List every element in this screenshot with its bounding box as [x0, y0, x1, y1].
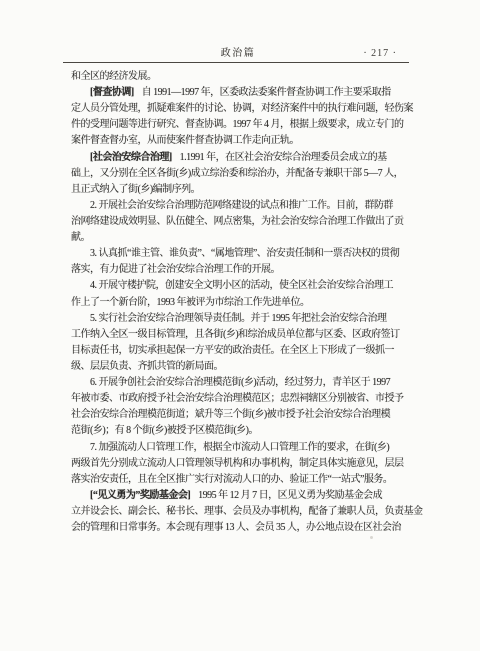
- line-text: 和全区的经济发展。: [71, 71, 157, 82]
- text-line: 案件督查督办室，从而使案件督查协调工作走向正轨。: [71, 133, 417, 149]
- text-line: 4. 开展守楼护院，创建安全文明小区的活动，使全区社会治安综合治理工: [71, 278, 417, 294]
- line-text: 立并设会长、副会长、秘书长、理事、会员及办事机构，配备了兼职人员，负责基金: [71, 506, 423, 517]
- line-text: 7. 加强流动人口管理工作，根据全市流动人口管理工作的要求，在街(乡): [90, 442, 389, 453]
- line-text: 社会治安综合治理模范街道；斌升等三个街(乡)被市授予社会治安综合治理模: [71, 409, 390, 420]
- line-text: 治网络建设成效明显、队伍健全、网点密集，为社会治安综合治理工作做出了贡: [71, 216, 404, 227]
- line-text: 5. 实行社会治安综合治理领导责任制。并于 1995 年把社会治安综合治理: [90, 313, 387, 324]
- text-line: [督查协调]自 1991—1997 年，区委政法委案件督查协调工作主要采取指: [71, 85, 417, 101]
- line-text: 1995 年 12 月 7 日，区见义勇为奖励基金会成: [198, 490, 382, 501]
- section-title: 政治篇: [66, 46, 410, 61]
- page-number: · 217 ·: [363, 46, 397, 61]
- line-text: 件的受理问题等进行研究、督查协调。1997 年 4 月，根据上级要求，成立专门的: [71, 119, 404, 130]
- text-line: [“见义勇为”奖励基金会]1995 年 12 月 7 日，区见义勇为奖励基金会成: [71, 488, 417, 504]
- line-text: 4. 开展守楼护院，创建安全文明小区的活动，使全区社会治安综合治理工: [90, 280, 393, 291]
- text-line: 立并设会长、副会长、秘书长、理事、会员及办事机构，配备了兼职人员，负责基金: [71, 504, 417, 520]
- text-line: 工作纳入全区一级目标管理，且各街(乡)和综治成员单位都与区委、区政府签订: [71, 327, 417, 343]
- line-text: 作上了一个新台阶，1993 年被评为市综治工作先进单位。: [71, 297, 310, 308]
- line-text: 落实，有力促进了社会治安综合治理工作的开展。: [71, 264, 280, 275]
- text-line: 范街(乡)；有 8 个街(乡)被授予区模范街(乡)。: [71, 423, 417, 439]
- text-line: 3. 认真抓“谁主管、谁负责”、“属地管理”、治安责任制和一票否决权的贯彻: [71, 246, 417, 262]
- text-line: 目标责任书，切实承担起保一方平安的政治责任。在全区上下形成了一级抓一: [71, 343, 417, 359]
- line-text: 会的管理和日常事务。本会现有理事 13 人、会员 35 人，办公地点设在区社会治: [71, 522, 401, 533]
- line-text: 目标责任书，切实承担起保一方平安的政治责任。在全区上下形成了一级抓一: [71, 345, 394, 356]
- line-text: 献。: [71, 232, 90, 243]
- scanned-book-page: 政治篇 · 217 · 和全区的经济发展。 [督查协调]自 1991—1997 …: [0, 0, 480, 651]
- page-header: 政治篇 · 217 ·: [66, 46, 410, 61]
- text-line: 级、层层负责、齐抓共管的新局面。: [71, 359, 417, 375]
- text-line: 定人员分管处理，抓疑难案件的讨论、协调，对经济案件中的执行难问题，轻伤案: [71, 101, 417, 117]
- scan-artifact-dot: [370, 536, 373, 539]
- text-line: 件的受理问题等进行研究、督查协调。1997 年 4 月，根据上级要求，成立专门的: [71, 117, 417, 133]
- text-line: [社会治安综合治理]1.1991 年，在区社会治安综合治理委员会成立的基: [71, 150, 417, 166]
- line-text: 年被市委、市政府授予社会治安综合治理模范区；忠烈祠辖区分别被省、市授予: [71, 393, 404, 404]
- text-line: 2. 开展社会治安综合治理防范网络建设的试点和推广工作。目前，群防群: [71, 198, 417, 214]
- text-line: 作上了一个新台阶，1993 年被评为市综治工作先进单位。: [71, 295, 417, 311]
- line-text: 6. 开展争创社会治安综合治理模范街(乡)活动，经过努力，青羊区于 1997: [90, 377, 390, 388]
- line-text: 两级首先分别成立流动人口管理领导机构和办事机构，制定具体实施意见，层层: [71, 458, 404, 469]
- entry-term: [督查协调]: [90, 87, 134, 98]
- text-line: 社会治安综合治理模范街道；斌升等三个街(乡)被市授予社会治安综合治理模: [71, 407, 417, 423]
- text-line: 落实治安责任，且在全区推广实行对流动人口的办、验证工作“一站式”服务。: [71, 472, 417, 488]
- text-line: 年被市委、市政府授予社会治安综合治理模范区；忠烈祠辖区分别被省、市授予: [71, 391, 417, 407]
- text-line: 落实，有力促进了社会治安综合治理工作的开展。: [71, 262, 417, 278]
- line-text: 自 1991—1997 年，区委政法委案件督查协调工作主要采取指: [142, 87, 391, 98]
- header-rule: [63, 62, 409, 63]
- text-line: 5. 实行社会治安综合治理领导责任制。并于 1995 年把社会治安综合治理: [71, 311, 417, 327]
- line-text: 2. 开展社会治安综合治理防范网络建设的试点和推广工作。目前，群防群: [90, 200, 393, 211]
- line-text: 础上，又分别在全区各街(乡)成立综治委和综治办，并配备专兼职干部 5—7 人，: [71, 168, 403, 179]
- line-text: 工作纳入全区一级目标管理，且各街(乡)和综治成员单位都与区委、区政府签订: [71, 329, 400, 340]
- text-line: 础上，又分别在全区各街(乡)成立综治委和综治办，并配备专兼职干部 5—7 人，: [71, 166, 417, 182]
- line-text: 定人员分管处理，抓疑难案件的讨论、协调，对经济案件中的执行难问题，轻伤案: [71, 103, 413, 114]
- line-text: 1.1991 年，在区社会治安综合治理委员会成立的基: [180, 152, 387, 163]
- line-text: 落实治安责任，且在全区推广实行对流动人口的办、验证工作“一站式”服务。: [71, 474, 392, 485]
- text-line: 和全区的经济发展。: [71, 69, 417, 85]
- text-line: 献。: [71, 230, 417, 246]
- text-line: 7. 加强流动人口管理工作，根据全市流动人口管理工作的要求，在街(乡): [71, 440, 417, 456]
- line-text: 3. 认真抓“谁主管、谁负责”、“属地管理”、治安责任制和一票否决权的贯彻: [90, 248, 399, 259]
- text-line: 6. 开展争创社会治安综合治理模范街(乡)活动，经过努力，青羊区于 1997: [71, 375, 417, 391]
- entry-term: [社会治安综合治理]: [90, 152, 172, 163]
- line-text: 且正式纳入了街(乡)编制序列。: [71, 184, 200, 195]
- line-text: 范街(乡)；有 8 个街(乡)被授予区模范街(乡)。: [71, 425, 258, 436]
- text-line: 会的管理和日常事务。本会现有理事 13 人、会员 35 人，办公地点设在区社会治: [71, 520, 417, 536]
- text-line: 且正式纳入了街(乡)编制序列。: [71, 182, 417, 198]
- body-text: 和全区的经济发展。 [督查协调]自 1991—1997 年，区委政法委案件督查协…: [71, 69, 417, 536]
- text-line: 治网络建设成效明显、队伍健全、网点密集，为社会治安综合治理工作做出了贡: [71, 214, 417, 230]
- text-line: 两级首先分别成立流动人口管理领导机构和办事机构，制定具体实施意见，层层: [71, 456, 417, 472]
- entry-term: [“见义勇为”奖励基金会]: [90, 490, 190, 501]
- line-text: 案件督查督办室，从而使案件督查协调工作走向正轨。: [71, 135, 299, 146]
- line-text: 级、层层负责、齐抓共管的新局面。: [71, 361, 223, 372]
